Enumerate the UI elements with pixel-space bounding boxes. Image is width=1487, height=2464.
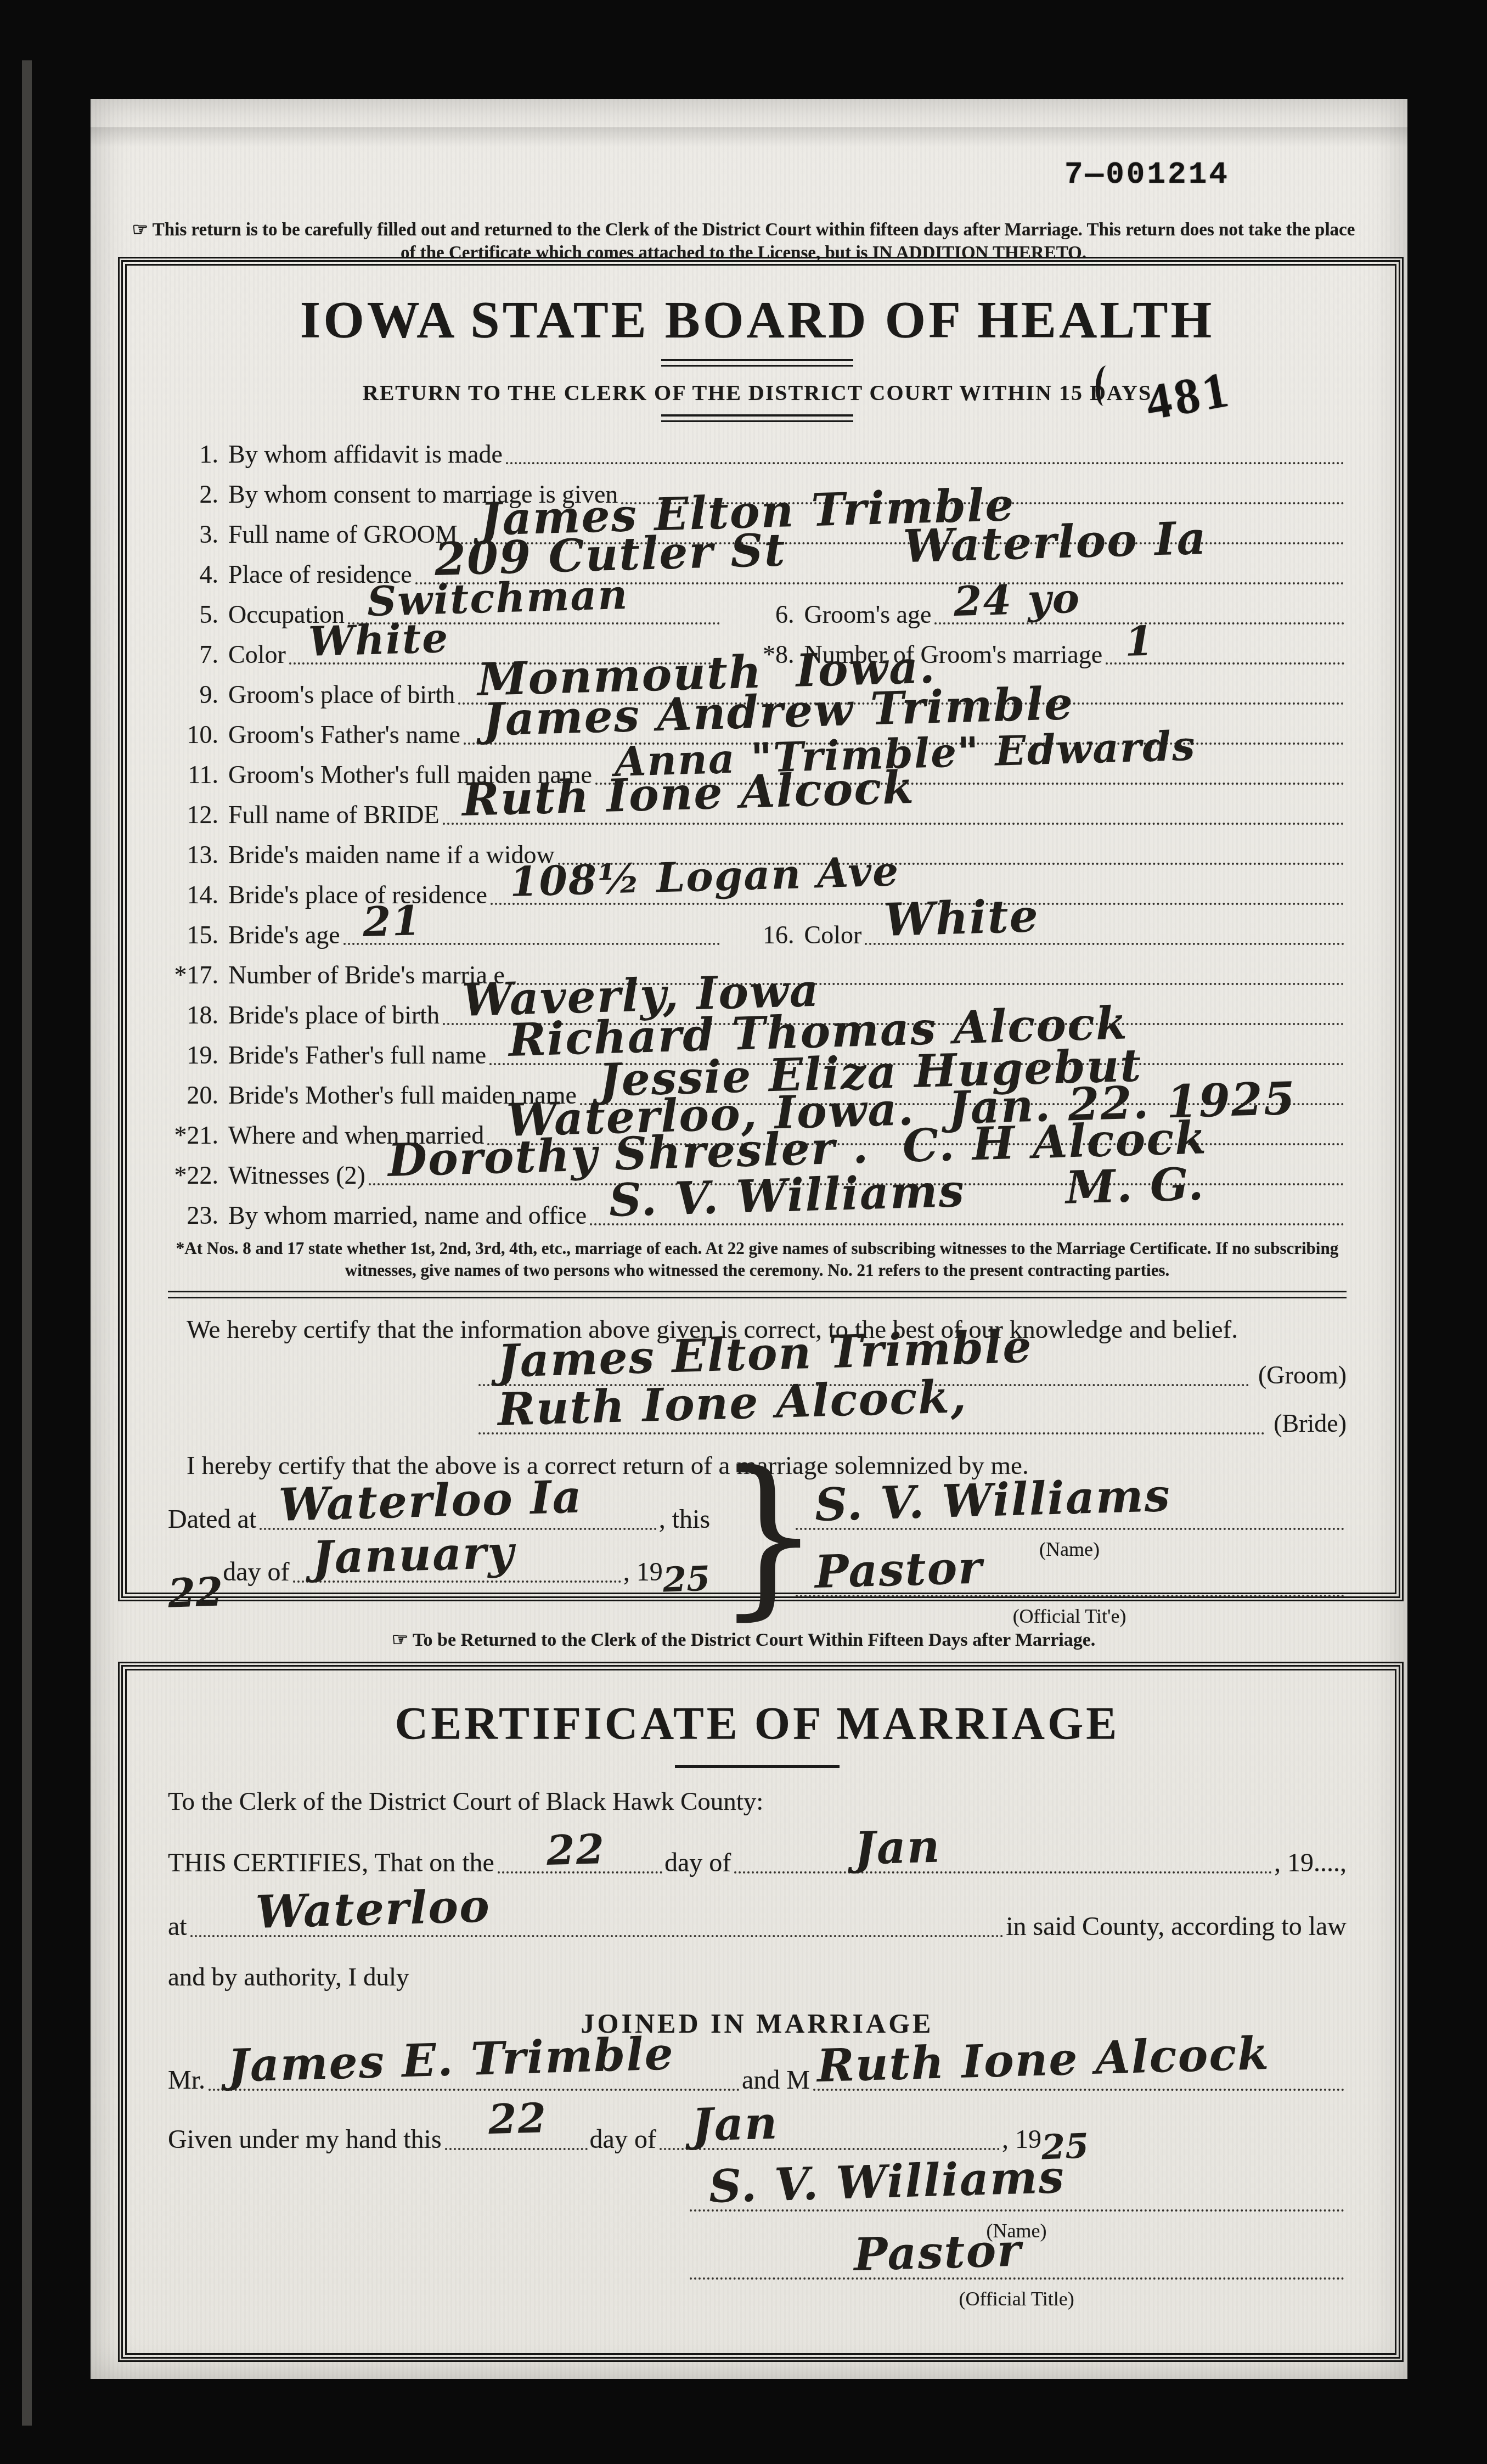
handwritten-value: 24 yo	[953, 578, 1081, 622]
certifies-row: THIS CERTIFIES, That on the 22 day of Ja…	[168, 1842, 1347, 1880]
document-number: 7—001214	[1064, 157, 1230, 192]
item-label: Witnesses (2)	[228, 1161, 365, 1192]
item-number: 5.	[168, 600, 218, 631]
given-day-of: day of	[590, 2124, 656, 2157]
dated-block: Dated at Waterloo Ia , this 22 day of Ja…	[168, 1484, 1347, 1628]
official-title-caption: (Official Title)	[686, 2287, 1347, 2310]
handwritten-value: 108½ Logan Ave	[509, 851, 900, 903]
form-items: 1. By whom affidavit is made 2. By whom …	[168, 431, 1347, 1232]
dotted-line: Jan	[660, 2141, 1000, 2150]
month-value: January	[311, 1529, 515, 1580]
bride-signature: Ruth Ione Alcock,	[497, 1374, 968, 1432]
year-prefix: , 19	[623, 1557, 663, 1589]
day-of-label: day of	[223, 1557, 289, 1589]
officiant-title-signature: Pastor	[814, 1545, 984, 1595]
item-number: 15.	[168, 920, 218, 952]
bride-caption: (Bride)	[1267, 1409, 1347, 1441]
form-item-12: 12. Full name of BRIDE Ruth Ione Alcock	[168, 791, 1347, 831]
couple-names-row: Mr. James E. Trimble and M Ruth Ione Alc…	[168, 2050, 1347, 2097]
item-number: 18.	[168, 1000, 218, 1032]
dotted-line: Jan	[734, 1865, 1272, 1874]
dotted-line: White	[865, 936, 1344, 945]
certificate-title-rule	[675, 1765, 840, 1768]
section-divider	[168, 1291, 1347, 1298]
handwritten-value: 21	[362, 901, 422, 943]
item-number: *22.	[168, 1161, 218, 1192]
mr-label: Mr.	[168, 2065, 205, 2097]
groom-name-value: James E. Trimble	[227, 2031, 675, 2089]
officiant-name-signature: S. V. Williams	[708, 2154, 1066, 2209]
item-number: *17.	[168, 960, 218, 992]
mid-instruction-note: ☞ To be Returned to the Clerk of the Dis…	[129, 1629, 1358, 1651]
place-value: Waterloo	[255, 1883, 491, 1935]
item-label: By whom affidavit is made	[228, 440, 503, 471]
mid-note-text: To be Returned to the Clerk of the Distr…	[413, 1630, 1095, 1650]
dated-at-label: Dated at	[168, 1504, 256, 1537]
authority-text: and by authority, I duly	[168, 1962, 1347, 1992]
county-text: in said County, according to law	[1006, 1911, 1347, 1944]
certificate-addressee: To the Clerk of the District Court of Bl…	[168, 1787, 1347, 1816]
dotted-line: Ruth Ione Alcock,	[478, 1426, 1265, 1434]
handwritten-value: 1	[1124, 621, 1155, 662]
item-label: Bride's maiden name if a widow	[228, 840, 555, 871]
item-number: 23.	[168, 1201, 218, 1232]
year-value: 25	[663, 1578, 710, 1580]
item-number: *21.	[168, 1121, 218, 1152]
dotted-line	[506, 455, 1344, 464]
form-item-14: 14. Bride's place of residence 108½ Loga…	[168, 871, 1347, 912]
at-label: at	[168, 1911, 187, 1944]
item-number: 19.	[168, 1040, 218, 1072]
pointing-hand-icon: ☞	[392, 1630, 408, 1650]
dotted-line: Ruth Ione Alcock	[443, 816, 1344, 825]
certifies-label: THIS CERTIFIES, That on the	[168, 1848, 494, 1880]
item-number: 20.	[168, 1081, 218, 1112]
item-number: 1.	[168, 440, 218, 471]
item-number: 6.	[744, 600, 795, 631]
handwritten-value: Ruth Ione Alcock	[461, 765, 915, 823]
dotted-line: S. V. Williams	[690, 2203, 1344, 2212]
day-value: 22	[546, 1829, 606, 1871]
scanned-document: 7—001214 ☞ This return is to be carefull…	[0, 0, 1487, 2464]
and-label: and M	[742, 2065, 810, 2097]
dotted-line: Ruth Ione Alcock	[813, 2082, 1344, 2091]
paper-crease	[91, 127, 1407, 147]
item-number: 14.	[168, 880, 218, 912]
given-month: Jan	[691, 2101, 779, 2148]
form-title: IOWA STATE BOARD OF HEALTH	[168, 289, 1347, 350]
dotted-line: S. V. Williams	[796, 1521, 1344, 1530]
day-of-label: day of	[664, 1848, 731, 1880]
item-label: Full name of BRIDE	[228, 800, 440, 831]
dotted-line: 1	[1106, 656, 1344, 665]
certificate-signature-block: S. V. Williams (Name) Pastor (Official T…	[686, 2173, 1347, 2310]
officiant-title-signature: Pastor	[853, 2227, 1023, 2277]
item-number: 9.	[168, 680, 218, 711]
handwritten-value: White	[883, 893, 1040, 943]
official-title-caption: (Official Tit'e)	[792, 1605, 1347, 1628]
dotted-line: 22	[445, 2141, 588, 2150]
given-day: 22	[488, 2098, 548, 2140]
month-value: Jan	[854, 1824, 942, 1871]
officiant-name-signature: S. V. Williams	[814, 1473, 1171, 1528]
item-number: 16.	[744, 920, 795, 952]
item-label: By whom married, name and office	[228, 1201, 587, 1232]
given-label: Given under my hand this	[168, 2124, 442, 2157]
dotted-line: 22	[498, 1865, 662, 1874]
item-number: 2.	[168, 480, 218, 511]
dotted-line: January	[293, 1574, 621, 1583]
dotted-line: 21	[343, 936, 720, 945]
subtitle-rule	[661, 414, 853, 422]
pointing-hand-icon: ☞	[132, 220, 149, 240]
item-number: 7.	[168, 640, 218, 671]
item-label: Color	[228, 640, 286, 671]
dotted-line: Waterloo	[190, 1928, 1004, 1937]
item-number: 13.	[168, 840, 218, 871]
handwritten-value: White	[308, 618, 449, 662]
given-year: 25	[1041, 2146, 1089, 2147]
item-label: Bride's age	[228, 920, 340, 952]
title-rule	[661, 359, 853, 367]
dotted-line: Pastor	[690, 2271, 1344, 2280]
this-label: , this	[659, 1504, 710, 1537]
bride-name-value: Ruth Ione Alcock	[816, 2031, 1270, 2089]
day-value: 22	[168, 1591, 223, 1593]
item-label: Bride's place of residence	[228, 880, 487, 912]
item-label: Full name of GROOM	[228, 520, 458, 551]
dated-at-value: Waterloo Ia	[278, 1474, 583, 1527]
item-number: 12.	[168, 800, 218, 831]
item-number: 4.	[168, 560, 218, 591]
form-item-23: 23. By whom married, name and office S. …	[168, 1192, 1347, 1232]
item-number: 3.	[168, 520, 218, 551]
certificate-box: CERTIFICATE OF MARRIAGE To the Clerk of …	[118, 1662, 1404, 2362]
return-form-box: IOWA STATE BOARD OF HEALTH RETURN TO THE…	[118, 257, 1404, 1601]
dotted-line: S. V. Williams M. G.	[590, 1217, 1344, 1225]
item-number: 10.	[168, 720, 218, 751]
item-label: Color	[804, 920, 862, 952]
scan-edge-artifact	[22, 60, 32, 2426]
item-label: Groom's place of birth	[228, 680, 455, 711]
item-label: Bride's Father's full name	[228, 1040, 486, 1072]
handwritten-value: Switchman	[367, 575, 629, 622]
item-number: 11.	[168, 760, 218, 791]
year-suffix: , 19....,	[1274, 1848, 1347, 1880]
form-item-15-16: 15. Bride's age 21 16. Color White	[168, 912, 1347, 952]
dotted-line: James E. Trimble	[209, 2082, 740, 2091]
item-label: Groom's Father's name	[228, 720, 460, 751]
groom-caption: (Groom)	[1252, 1360, 1347, 1393]
form-item-1: 1. By whom affidavit is made	[168, 431, 1347, 471]
place-row: at Waterloo in said County, according to…	[168, 1905, 1347, 1944]
dotted-line: Pastor	[796, 1588, 1344, 1597]
item-label: Groom's age	[804, 600, 932, 631]
item-label: Bride's place of birth	[228, 1000, 440, 1032]
given-row: Given under my hand this 22 day of Jan ,…	[168, 2118, 1347, 2157]
dated-left-column: Dated at Waterloo Ia , this 22 day of Ja…	[168, 1484, 710, 1628]
form-footnote: *At Nos. 8 and 17 state whether 1st, 2nd…	[168, 1237, 1347, 1282]
certificate-title: CERTIFICATE OF MARRIAGE	[168, 1697, 1347, 1751]
bride-signature-row: Ruth Ione Alcock, (Bride)	[475, 1393, 1347, 1441]
form-item-4: 4. Place of residence 209 Cutler St Wate…	[168, 551, 1347, 591]
